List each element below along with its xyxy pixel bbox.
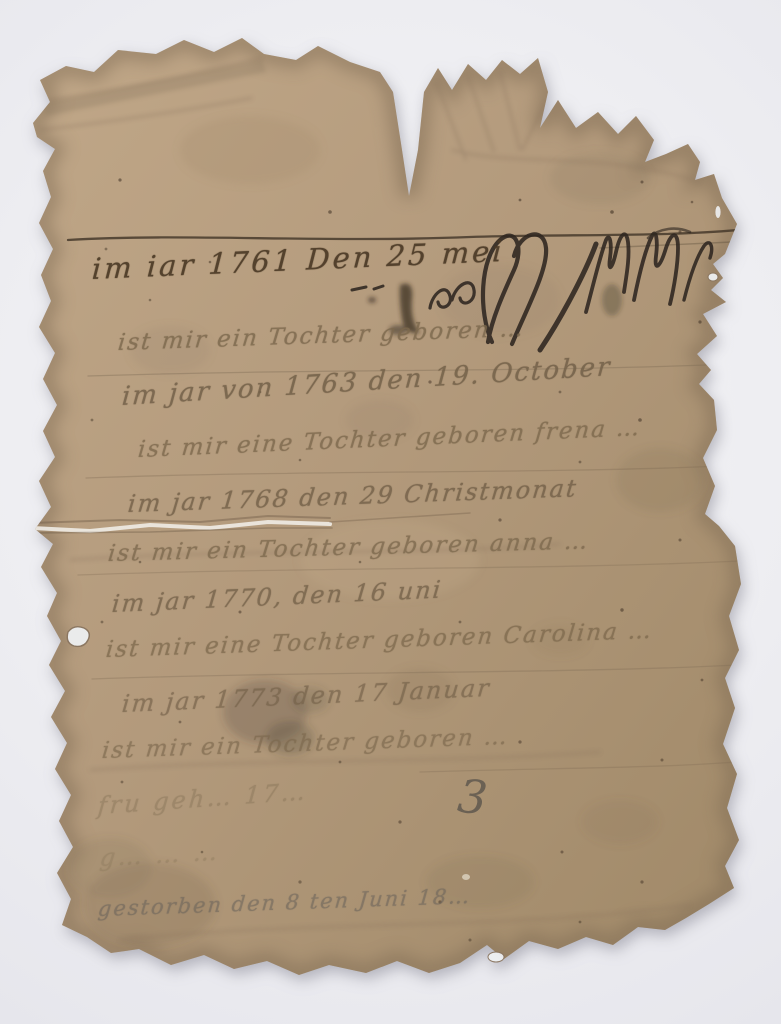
scanner-background: im iar 1761 Den 25 mei ist mir ein Tocht… [0, 0, 781, 1024]
paper-sheet [33, 38, 741, 975]
document-scan [0, 0, 781, 1024]
